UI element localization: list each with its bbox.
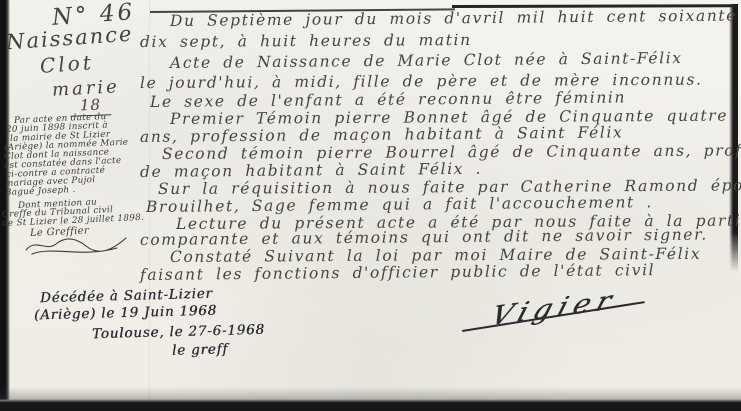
scan-edge-bottom [0,399,741,411]
death-note-line: Toulouse, le 27-6-1968 [92,322,265,343]
act-line: dix sept, à huit heures du matin [140,31,472,51]
margin-note-line: Bagué Joseph . [5,185,76,198]
act-line: faisant les fonctions d'officier public … [140,261,655,284]
death-note-line: (Ariège) le 19 Juin 1968 [34,303,217,324]
scan-edge-left [0,0,10,411]
scan-edge-right [729,4,738,272]
act-type-label: Naissance [5,22,134,55]
surname: Clot [39,50,94,78]
greffier-signature [22,232,132,258]
document-sheet: N° 46 Naissance Clot marie 18 Du Septièm… [0,0,741,411]
act-line: Acte de Naissance de Marie Clot née à Sa… [170,49,683,72]
death-note-line: le greff [172,341,228,358]
